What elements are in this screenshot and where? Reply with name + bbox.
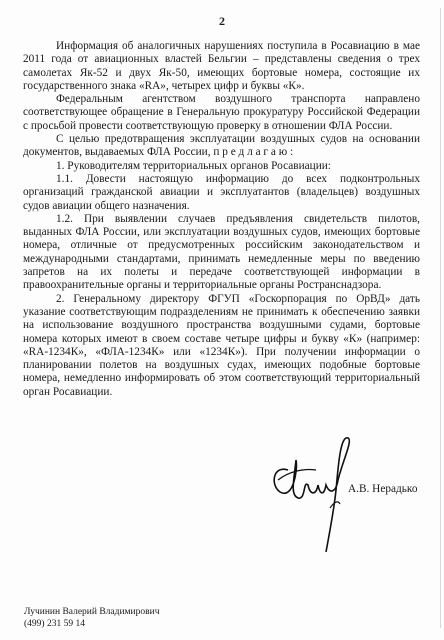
executor-block: Лучинин Валерий Владимирович (499) 231 5… bbox=[24, 606, 160, 630]
executor-phone: (499) 231 59 14 bbox=[24, 618, 160, 630]
document-body: Информация об аналогичных нарушениях пос… bbox=[23, 40, 420, 399]
executor-name: Лучинин Валерий Владимирович bbox=[24, 606, 160, 618]
paragraph: 1.1. Довести настоящую информацию до все… bbox=[23, 173, 420, 213]
page-number: 2 bbox=[0, 14, 444, 29]
paragraph: С целью предотвращения эксплуатации возд… bbox=[23, 133, 420, 160]
signature-icon bbox=[268, 430, 358, 555]
document-page: 2 Информация об аналогичных нарушениях п… bbox=[0, 0, 444, 640]
paragraph: 2. Генеральному директору ФГУП «Госкорпо… bbox=[23, 293, 420, 399]
page-edge bbox=[440, 8, 441, 628]
paragraph: 1. Руководителям территориальных органов… bbox=[23, 160, 420, 173]
paragraph: Информация об аналогичных нарушениях пос… bbox=[23, 40, 420, 93]
signatory-name: А.В. Нерадько bbox=[348, 483, 417, 495]
paragraph: 1.2. При выявлении случаев предъявления … bbox=[23, 213, 420, 293]
paragraph: Федеральным агентством воздушного трансп… bbox=[23, 93, 420, 133]
